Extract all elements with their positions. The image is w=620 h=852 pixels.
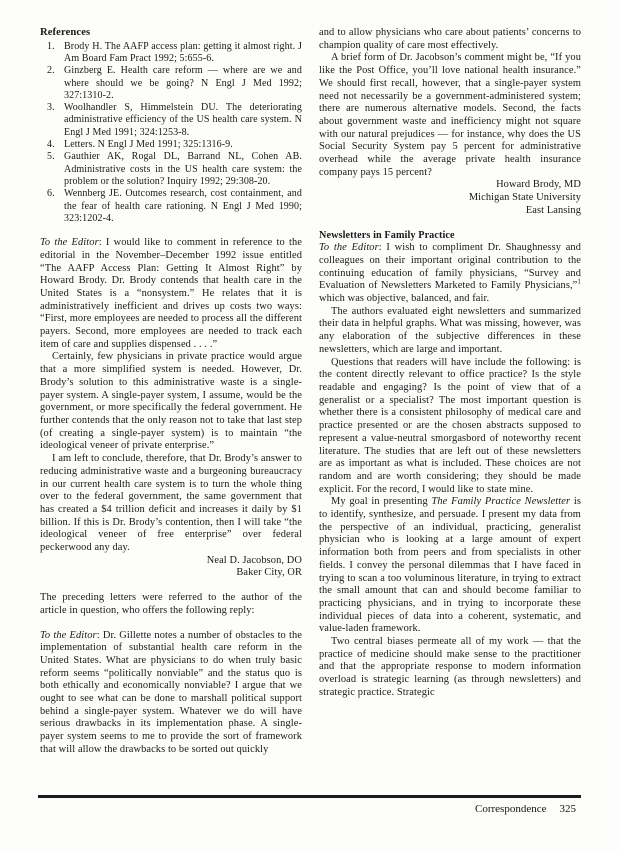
signature-line: Neal D. Jacobson, DO [40, 555, 302, 568]
footer-page-number: 325 [560, 803, 577, 815]
footer-section-label: Correspondence [475, 803, 546, 815]
paragraph: To the Editor: I would like to comment i… [40, 237, 302, 351]
text-run: Two central biases permeate all of my wo… [319, 636, 581, 698]
paragraph: My goal in presenting The Family Practic… [319, 496, 581, 636]
reference-item: 2.Ginzberg E. Health care reform — where… [40, 65, 302, 102]
signature-block: Howard Brody, MDMichigan State Universit… [319, 179, 581, 217]
reference-item: 6.Wennberg JE. Outcomes research, cost c… [40, 188, 302, 225]
reference-text: Wennberg JE. Outcomes research, cost con… [64, 188, 302, 224]
signature-line: Howard Brody, MD [319, 179, 581, 192]
italic-text: The Family Practice Newsletter [432, 496, 571, 507]
signature-line: Baker City, OR [40, 567, 302, 580]
reference-text: Gauthier AK, Rogal DL, Barrand NL, Cohen… [64, 151, 302, 187]
reference-number: 6. [47, 188, 55, 200]
reference-text: Brody H. The AAFP access plan: getting i… [64, 41, 302, 64]
reference-number: 5. [47, 151, 55, 163]
right-column: and to allow physicians who care about p… [319, 27, 581, 757]
footer-rule [38, 795, 581, 798]
section-heading: Newsletters in Family Practice [319, 230, 581, 243]
text-run: Questions that readers will have include… [319, 357, 581, 495]
italic-text: To the Editor [40, 237, 99, 248]
reference-item: 5.Gauthier AK, Rogal DL, Barrand NL, Coh… [40, 151, 302, 188]
signature-line: East Lansing [319, 205, 581, 218]
reference-text: Ginzberg E. Health care reform — where a… [64, 65, 302, 101]
two-column-layout: References 1.Brody H. The AAFP access pl… [40, 27, 581, 757]
text-run: is to identify, synthesize, and persuade… [319, 496, 581, 634]
right-column-blocks: and to allow physicians who care about p… [319, 27, 581, 700]
reference-item: 4.Letters. N Engl J Med 1991; 325:1316-9… [40, 139, 302, 151]
reference-text: Letters. N Engl J Med 1991; 325:1316-9. [64, 139, 233, 150]
italic-text: To the Editor [40, 630, 97, 641]
paragraph: and to allow physicians who care about p… [319, 27, 581, 52]
reference-number: 3. [47, 102, 55, 114]
text-run: The authors evaluated eight newsletters … [319, 306, 581, 355]
text-run: which was objective, balanced, and fair. [319, 293, 489, 304]
reference-number: 2. [47, 65, 55, 77]
paragraph: To the Editor: Dr. Gillette notes a numb… [40, 630, 302, 757]
text-run: and to allow physicians who care about p… [319, 27, 581, 51]
paragraph: Certainly, few physicians in private pra… [40, 351, 302, 453]
paragraph: To the Editor: I wish to compliment Dr. … [319, 242, 581, 306]
reference-item: 1.Brody H. The AAFP access plan: getting… [40, 41, 302, 66]
page-footer: Correspondence325 [475, 803, 576, 815]
text-run: : I would like to comment in reference t… [40, 237, 302, 350]
text-run: : Dr. Gillette notes a number of obstacl… [40, 630, 302, 755]
reference-number: 1. [47, 41, 55, 53]
text-run: Certainly, few physicians in private pra… [40, 351, 302, 451]
references-heading: References [40, 27, 302, 40]
text-run: A brief form of Dr. Jacobson’s comment m… [319, 52, 581, 177]
text-run: I am left to conclude, therefore, that D… [40, 453, 302, 553]
paragraph: I am left to conclude, therefore, that D… [40, 453, 302, 555]
paragraph: The preceding letters were referred to t… [40, 592, 302, 617]
reference-item: 3.Woolhandler S, Himmelstein DU. The det… [40, 102, 302, 139]
signature-line: Michigan State University [319, 192, 581, 205]
text-run: The preceding letters were referred to t… [40, 592, 302, 616]
left-column-blocks: To the Editor: I would like to comment i… [40, 237, 302, 756]
italic-text: To the Editor [319, 242, 379, 253]
reference-number: 4. [47, 139, 55, 151]
signature-block: Neal D. Jacobson, DOBaker City, OR [40, 555, 302, 580]
paragraph: Two central biases permeate all of my wo… [319, 636, 581, 700]
left-column: References 1.Brody H. The AAFP access pl… [40, 27, 302, 757]
reference-text: Woolhandler S, Himmelstein DU. The deter… [64, 102, 302, 138]
paragraph: Questions that readers will have include… [319, 357, 581, 497]
journal-page: References 1.Brody H. The AAFP access pl… [0, 0, 620, 852]
paragraph: A brief form of Dr. Jacobson’s comment m… [319, 52, 581, 179]
paragraph: The authors evaluated eight newsletters … [319, 306, 581, 357]
references-list: 1.Brody H. The AAFP access plan: getting… [40, 41, 302, 225]
text-run: My goal in presenting [331, 496, 432, 507]
superscript-ref: 1 [577, 278, 581, 286]
